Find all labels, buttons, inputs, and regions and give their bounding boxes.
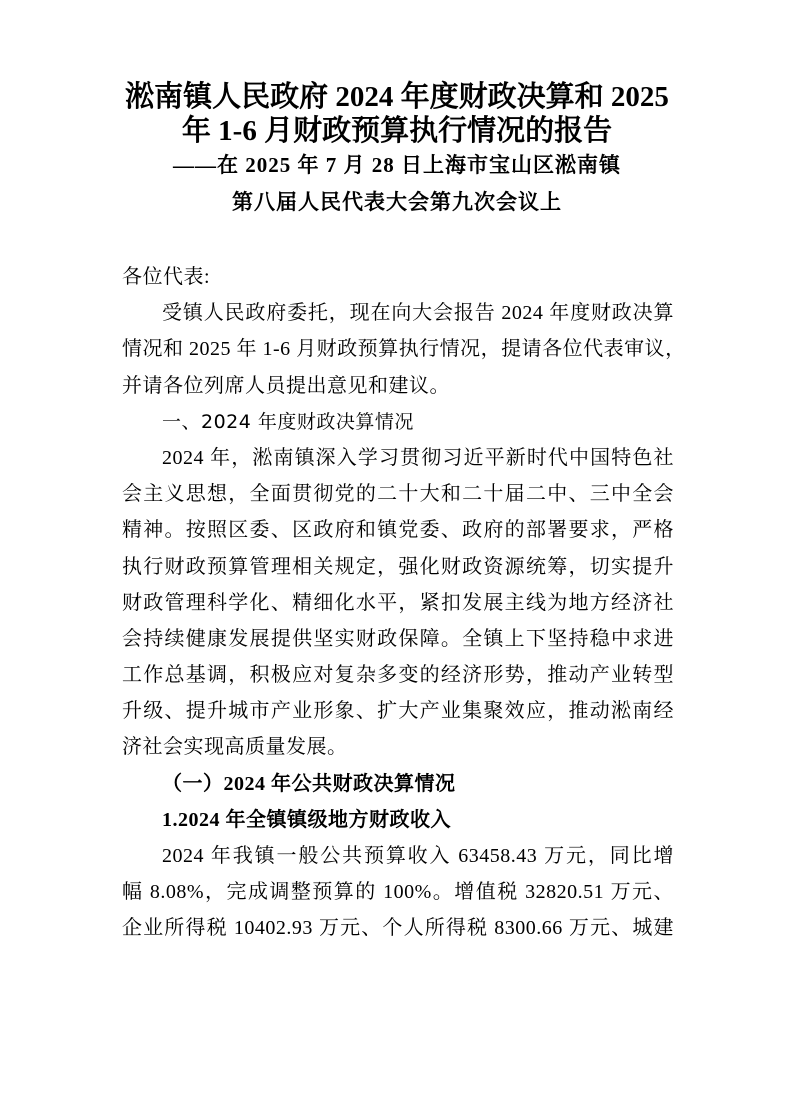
document-title-line-1: 淞南镇人民政府 2024 年度财政决算和 2025 [100,80,694,114]
section-1-paragraph-line-6: 会持续健康发展提供坚实财政保障。全镇上下坚持稳中求进 [122,621,674,657]
section-1-paragraph-line-9: 济社会实现高质量发展。 [122,729,674,765]
salutation: 各位代表: [122,259,674,295]
document-title-line-2: 年 1-6 月财政预算执行情况的报告 [100,114,694,148]
section-1-paragraph-line-3: 精神。按照区委、区政府和镇党委、政府的部署要求，严格 [122,512,674,548]
section-1-paragraph-line-4: 执行财政预算管理相关规定，强化财政资源统筹，切实提升 [122,549,674,585]
section-1-paragraph-line-1: 2024 年，淞南镇深入学习贯彻习近平新时代中国特色社 [122,440,674,476]
section-1-paragraph-line-7: 工作总基调，积极应对复杂多变的经济形势，推动产业转型 [122,657,674,693]
document-subtitle-line-2: 第八届人民代表大会第九次会议上 [100,188,694,216]
item-1-paragraph-line-3: 企业所得税 10402.93 万元、个人所得税 8300.66 万元、城建 [122,910,674,946]
document-page: 淞南镇人民政府 2024 年度财政决算和 2025 年 1-6 月财政预算执行情… [0,0,794,1093]
section-1-heading: 一、2024 年度财政决算情况 [122,404,674,440]
document-subtitle-line-1: ——在 2025 年 7 月 28 日上海市宝山区淞南镇 [100,151,694,179]
intro-line-1: 受镇人民政府委托，现在向大会报告 2024 年度财政决算 [122,295,674,331]
section-1-paragraph-line-5: 财政管理科学化、精细化水平，紧扣发展主线为地方经济社 [122,585,674,621]
subsection-1-heading: （一）2024 年公共财政决算情况 [122,766,674,802]
intro-line-3: 并请各位列席人员提出意见和建议。 [122,368,674,404]
section-1-paragraph-line-8: 升级、提升城市产业形象、扩大产业集聚效应，推动淞南经 [122,693,674,729]
item-1-paragraph-line-1: 2024 年我镇一般公共预算收入 63458.43 万元，同比增 [122,838,674,874]
document-body: 各位代表: 受镇人民政府委托，现在向大会报告 2024 年度财政决算 情况和 2… [122,259,674,947]
section-1-paragraph-line-2: 会主义思想，全面贯彻党的二十大和二十届二中、三中全会 [122,476,674,512]
item-1-heading: 1.2024 年全镇镇级地方财政收入 [122,802,674,838]
intro-line-2: 情况和 2025 年 1-6 月财政预算执行情况，提请各位代表审议， [122,331,674,367]
item-1-paragraph-line-2: 幅 8.08%，完成调整预算的 100%。增值税 32820.51 万元、 [122,874,674,910]
